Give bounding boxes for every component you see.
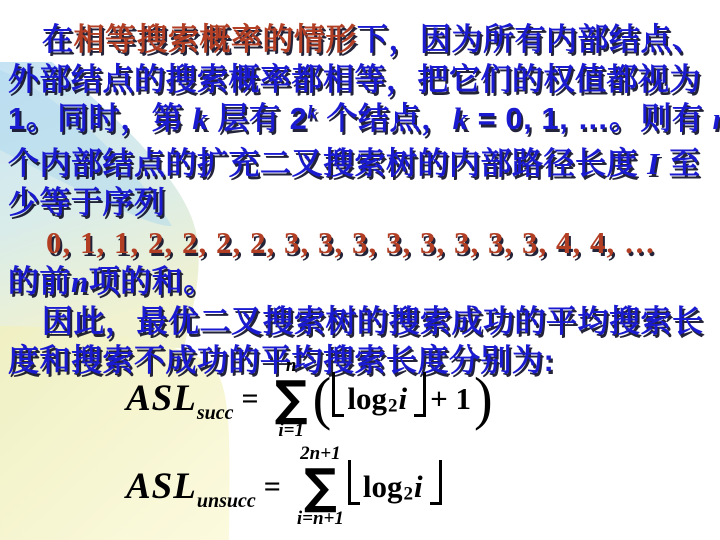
sigma-symbol: ∑ [304,464,337,510]
log-function: log [363,469,403,505]
text-segment: 1。同时，第 [8,101,192,136]
log-base: 2 [404,483,414,505]
formula-subscript: unsucc [197,490,256,513]
text-segment: 0, 1, 1, 2, 2, 2, 2, 3, 3, 3, 3, 3, 3, 3… [46,225,656,260]
text-segment: k [192,101,208,136]
text-segment: 项的和。 [89,264,215,299]
plus-one-term: + 1 [430,381,471,417]
text-segment: n [712,101,720,136]
text-segment: k [307,93,317,133]
text-line: 的前n项的和。 [8,262,718,302]
text-segment: 层有 2 [208,101,307,136]
text-segment: 下，因为所有内部结点、 [357,22,704,57]
floor-open-bracket [348,460,360,505]
floor-close-bracket [414,372,426,417]
floor-open-bracket [332,372,344,417]
text-segment: 外部结点的搜索概率都相等，把它们的权值都视为 [8,62,701,97]
text-segment: 相等搜索概率的情形 [74,22,358,57]
text-segment: 个结点， [317,101,452,136]
slide: 在相等搜索概率的情形下，因为所有内部结点、外部结点的搜索概率都相等，把它们的权值… [0,0,720,540]
text-line: 外部结点的搜索概率都相等，把它们的权值都视为 [8,60,718,100]
text-segment: I [647,146,660,181]
text-segment: 在 [42,22,74,57]
log-argument: i [398,381,407,417]
text-line: 0, 1, 1, 2, 2, 2, 2, 3, 3, 3, 3, 3, 3, 3… [8,223,718,263]
equals-sign: = [264,470,281,504]
floor-close-bracket [430,460,442,505]
text-segment: = 0, 1, …。则有 [469,101,713,136]
slide-body-text: 在相等搜索概率的情形下，因为所有内部结点、外部结点的搜索概率都相等，把它们的权值… [8,20,718,381]
formula-asl-unsucc: ASLunsucc = 2n+1 ∑ i=n+1 log 2 i [126,444,442,529]
text-segment: 个内部结点的扩充二叉搜索树的内部路径长度 [8,146,647,181]
open-paren: ( [313,372,332,425]
summation: n ∑ i=1 [275,356,308,441]
formula-lhs: ASLsucc [126,377,234,420]
log-base: 2 [388,395,398,417]
formula-expression: ( log 2 i + 1 ) [312,374,494,424]
formula-asl-succ: ASLsucc = n ∑ i=1 ( log 2 i + 1 ) [126,356,494,441]
text-segment: 因此，最优二叉搜索树的搜索成功的平均搜索长 [42,304,704,339]
text-segment: 的前 [8,264,71,299]
log-argument: i [414,469,423,505]
text-segment: n [71,264,89,299]
formula-subscript: succ [197,402,234,425]
equals-sign: = [242,382,259,416]
close-paren: ) [474,372,493,425]
text-line: 1。同时，第 k 层有 2k 个结点，k = 0, 1, …。则有 n [8,99,718,144]
formula-expression: log 2 i [348,464,442,509]
text-segment: k [453,101,469,136]
text-segment: 至 [660,146,701,181]
text-segment: 少等于序列 [8,185,166,220]
text-line: 少等于序列 [8,183,718,223]
text-line: 因此，最优二叉搜索树的搜索成功的平均搜索长 [8,302,718,342]
log-function: log [347,381,387,417]
text-line: 个内部结点的扩充二叉搜索树的内部路径长度 I 至 [8,144,718,184]
text-line: 在相等搜索概率的情形下，因为所有内部结点、 [8,20,718,60]
formula-lhs: ASLunsucc [126,465,256,508]
summation: 2n+1 ∑ i=n+1 [297,444,344,529]
sigma-symbol: ∑ [275,376,308,422]
